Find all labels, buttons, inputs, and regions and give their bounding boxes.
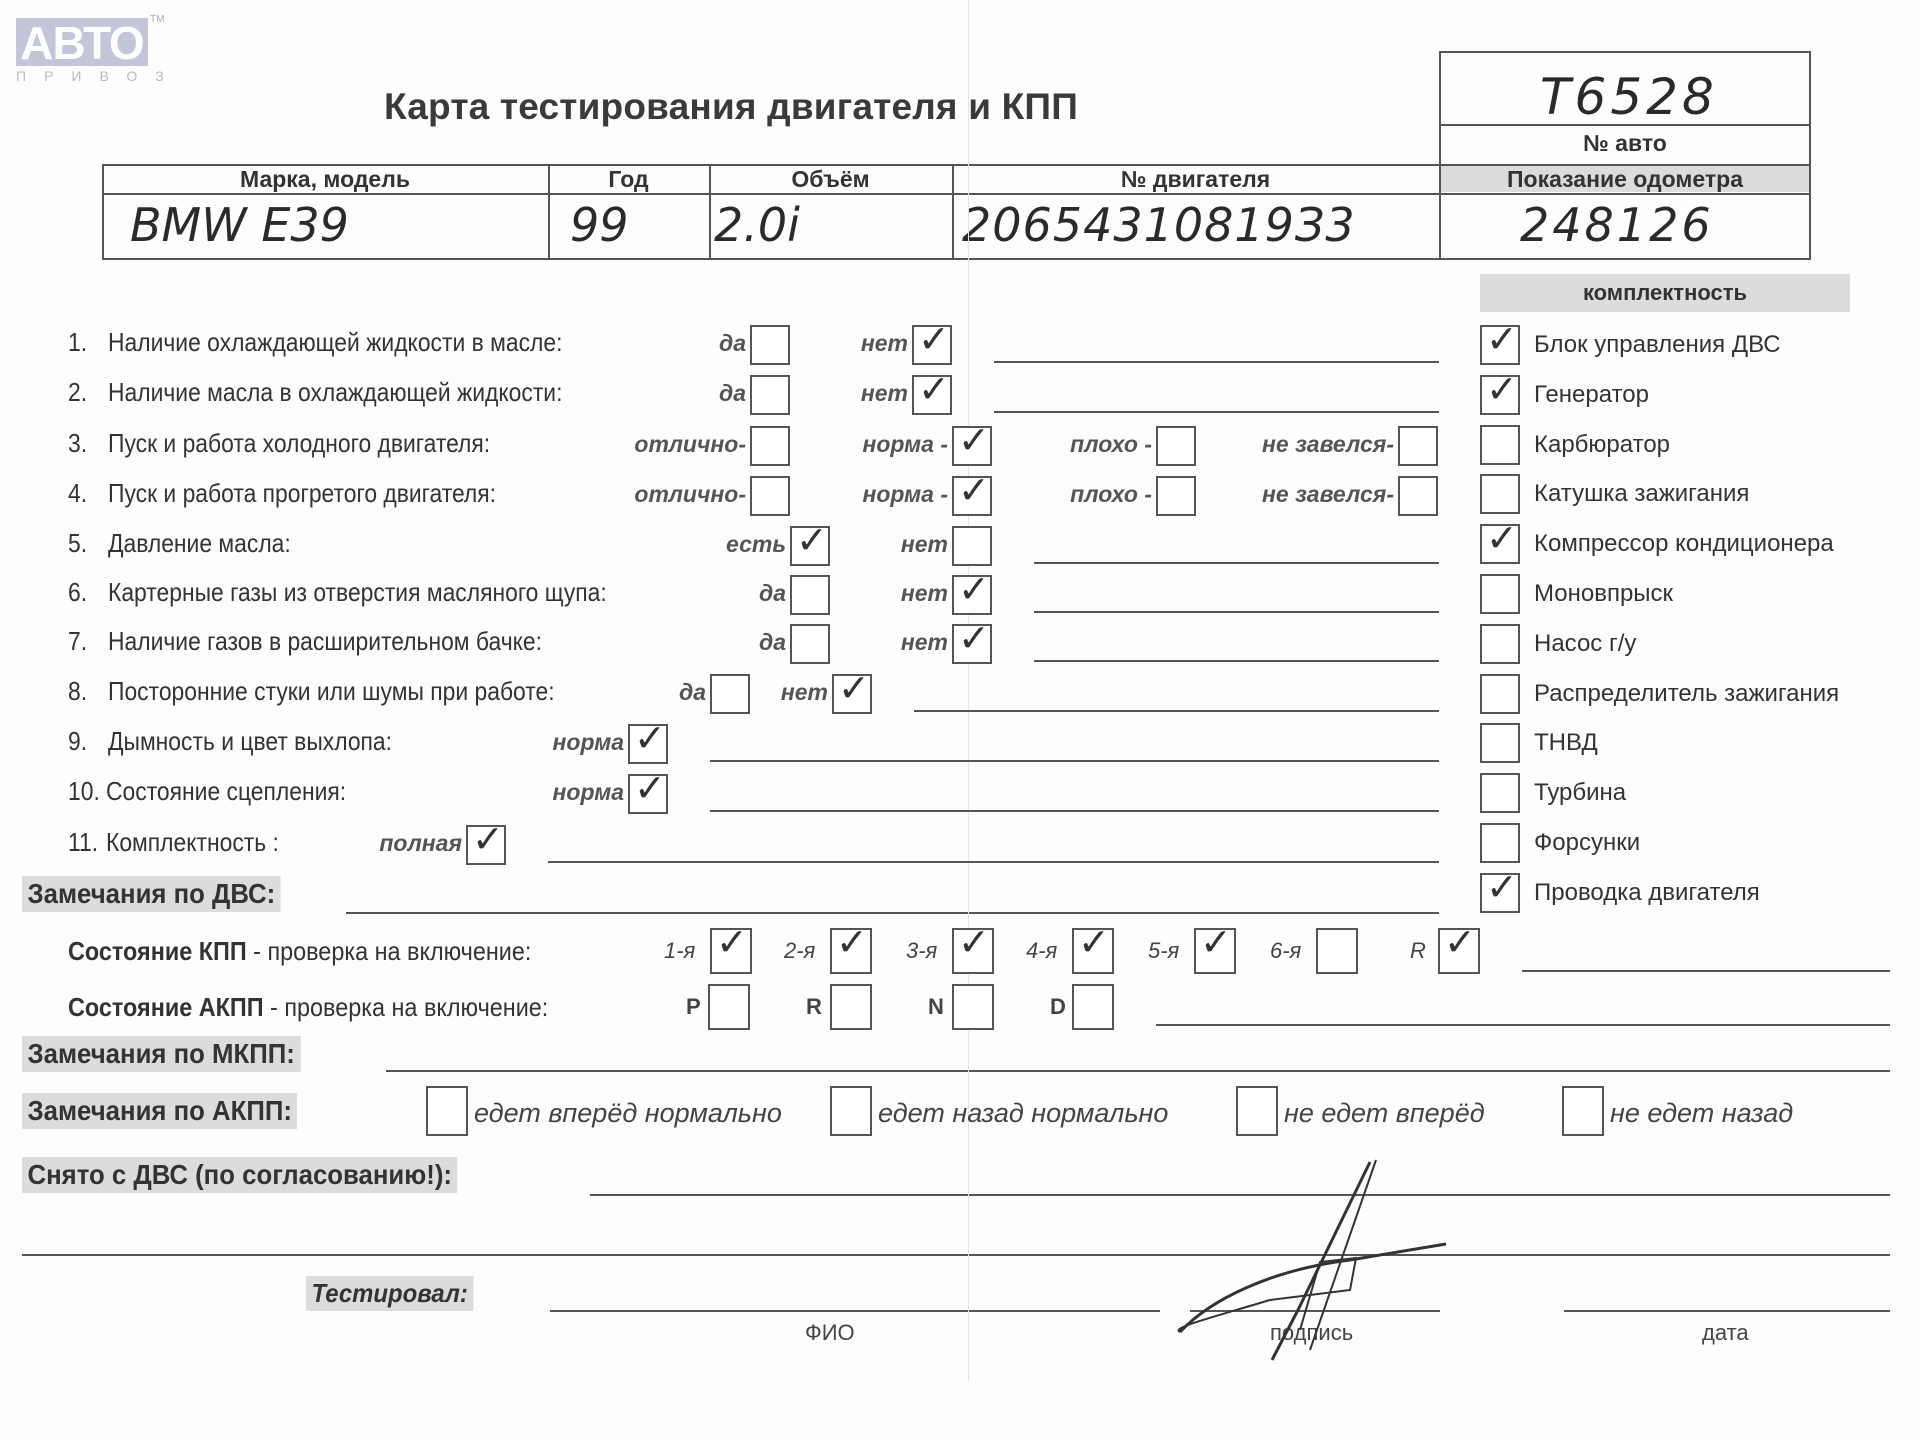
kpp-gear-label: R (1410, 938, 1426, 964)
akpp-remark-checkbox[interactable] (830, 1086, 872, 1136)
akpp-mode-checkbox[interactable] (952, 984, 994, 1030)
check-item-label: Комплектность : (106, 827, 279, 858)
check-item-label: Наличие масла в охлаждающей жидкости: (108, 377, 562, 408)
date-line[interactable] (1564, 1310, 1890, 1312)
akpp-mode-label: N (928, 994, 944, 1020)
check-mark-icon: ✓ (1486, 867, 1518, 907)
tested-by-label: Тестировал: (306, 1276, 473, 1311)
check-item-number: 1. (68, 327, 87, 358)
akpp-remark-checkbox[interactable] (426, 1086, 468, 1136)
akpp-mode-checkbox[interactable] (830, 984, 872, 1030)
column-header-volume: Объём (709, 166, 952, 193)
akpp-remark-label: едет вперёд нормально (474, 1098, 782, 1129)
removed-line-2[interactable] (22, 1254, 1890, 1256)
check-option-label: нет (742, 531, 948, 558)
check-mark-icon: ✓ (958, 922, 990, 962)
check-option-label: отлично- (540, 431, 746, 458)
check-notes-line[interactable] (994, 361, 1439, 363)
check-item-number: 7. (68, 626, 87, 657)
check-notes-line[interactable] (710, 760, 1439, 762)
check-option-label: нет (742, 629, 948, 656)
page-title: Карта тестирования двигателя и КПП (384, 86, 1078, 128)
akpp-remark-label: едет назад нормально (878, 1098, 1168, 1129)
check-item-label: Картерные газы из отверстия масляного щу… (108, 577, 607, 608)
check-mark-icon: ✓ (918, 319, 950, 359)
check-option-label: нет (656, 679, 828, 706)
kpp-gear-label: 6-я (1270, 938, 1301, 964)
fio-caption: ФИО (805, 1320, 855, 1346)
completeness-checkbox[interactable]: ✓ (1480, 325, 1520, 365)
check-item-number: 4. (68, 478, 87, 509)
check-item-label: Давление масла: (108, 528, 291, 559)
kpp-gear-checkbox[interactable]: ✓ (830, 928, 872, 974)
check-option-checkbox[interactable] (1398, 426, 1438, 466)
akpp-remark-checkbox[interactable] (1236, 1086, 1278, 1136)
check-mark-icon: ✓ (958, 569, 990, 609)
check-option-checkbox[interactable]: ✓ (628, 724, 668, 764)
check-mark-icon: ✓ (1486, 518, 1518, 558)
akpp-mode-label: R (806, 994, 822, 1020)
kpp-gear-checkbox[interactable] (1316, 928, 1358, 974)
check-notes-line[interactable] (548, 861, 1439, 863)
check-option-checkbox[interactable] (1398, 476, 1438, 516)
check-mark-icon: ✓ (836, 922, 868, 962)
kpp-gear-checkbox[interactable]: ✓ (952, 928, 994, 974)
check-item-number: 9. (68, 726, 87, 757)
kpp-label-bold: Состояние КПП (68, 936, 247, 966)
check-mark-icon: ✓ (1444, 922, 1476, 962)
check-mark-icon: ✓ (716, 922, 748, 962)
completeness-checkbox[interactable]: ✓ (1480, 524, 1520, 564)
odometer-value[interactable]: 248126 (1520, 198, 1714, 252)
remarks-mkpp-line[interactable] (386, 1070, 1890, 1072)
kpp-notes-line[interactable] (1522, 970, 1890, 972)
completeness-checkbox[interactable] (1480, 574, 1520, 614)
akpp-remark-checkbox[interactable] (1562, 1086, 1604, 1136)
check-option-label: норма - (742, 481, 948, 508)
completeness-item-label: Форсунки (1534, 829, 1640, 857)
akpp-mode-checkbox[interactable] (708, 984, 750, 1030)
check-option-label: норма (420, 779, 624, 806)
check-option-label: отлично- (540, 481, 746, 508)
kpp-gear-label: 5-я (1148, 938, 1179, 964)
check-mark-icon: ✓ (838, 668, 870, 708)
check-mark-icon: ✓ (1078, 922, 1110, 962)
check-mark-icon: ✓ (1486, 319, 1518, 359)
check-mark-icon: ✓ (634, 768, 666, 808)
completeness-item-label: Катушка зажигания (1534, 480, 1749, 508)
kpp-gear-checkbox[interactable]: ✓ (710, 928, 752, 974)
check-item-label: Пуск и работа холодного двигателя: (108, 428, 490, 459)
fio-line[interactable] (550, 1310, 1160, 1312)
divider (1439, 124, 1811, 126)
completeness-checkbox[interactable] (1480, 674, 1520, 714)
check-option-checkbox[interactable]: ✓ (912, 375, 952, 415)
completeness-item-label: Турбина (1534, 779, 1626, 807)
remarks-mkpp-label: Замечания по МКПП: (22, 1036, 300, 1072)
car-number-label: № авто (1439, 130, 1811, 157)
completeness-checkbox[interactable] (1480, 425, 1520, 465)
completeness-item-label: Насос г/у (1534, 630, 1636, 658)
check-item-label: Посторонние стуки или шумы при работе: (108, 676, 555, 707)
check-notes-line[interactable] (994, 411, 1439, 413)
check-item-number: 8. (68, 676, 87, 707)
logo-subtitle: ПРИВОЗ (16, 68, 182, 84)
check-option-label: норма (420, 729, 624, 756)
check-item-label: Состояние сцепления: (106, 776, 346, 807)
kpp-gear-label: 4-я (1026, 938, 1057, 964)
column-header-engine-number: № двигателя (952, 166, 1439, 193)
check-option-label: нет (702, 330, 908, 357)
kpp-label-rest: - проверка на включение: (247, 936, 532, 966)
kpp-gear-checkbox[interactable]: ✓ (1072, 928, 1114, 974)
removed-label: Снято с ДВС (по согласованию!): (22, 1157, 458, 1193)
check-option-checkbox[interactable]: ✓ (952, 575, 992, 615)
akpp-label-bold: Состояние АКПП (68, 992, 264, 1022)
check-option-checkbox[interactable]: ✓ (466, 825, 506, 865)
volume-value[interactable]: 2.0i (714, 198, 800, 252)
check-option-label: плохо - (960, 481, 1152, 508)
make-model-value[interactable]: BMW E39 (130, 198, 349, 252)
column-header-year: Год (548, 166, 709, 193)
completeness-checkbox[interactable] (1480, 624, 1520, 664)
completeness-item-label: ТНВД (1534, 729, 1598, 757)
completeness-item-label: Распределитель зажигания (1534, 680, 1839, 708)
removed-text: Снято с ДВС (по согласованию!): (28, 1159, 452, 1190)
check-option-label: нет (742, 580, 948, 607)
completeness-checkbox[interactable] (1480, 474, 1520, 514)
kpp-gear-label: 3-я (906, 938, 937, 964)
check-mark-icon: ✓ (1486, 369, 1518, 409)
logo: АВТО (16, 18, 148, 66)
check-item-label: Пуск и работа прогретого двигателя: (108, 478, 496, 509)
kpp-gear-label: 2-я (784, 938, 815, 964)
akpp-notes-line[interactable] (1156, 1024, 1890, 1026)
check-item-label: Дымность и цвет выхлопа: (108, 726, 392, 757)
check-option-label: норма - (742, 431, 948, 458)
check-mark-icon: ✓ (634, 718, 666, 758)
check-mark-icon: ✓ (958, 618, 990, 658)
signature-scribble (1150, 1150, 1470, 1370)
akpp-remark-label: не едет вперёд (1284, 1098, 1485, 1129)
akpp-label-rest: - проверка на включение: (264, 992, 549, 1022)
check-option-label: не завелся- (1190, 431, 1394, 458)
completeness-item-label: Блок управления ДВС (1534, 331, 1781, 359)
check-item-number: 10. (68, 776, 100, 807)
check-option-label: плохо - (960, 431, 1152, 458)
column-header-make-model: Марка, модель (102, 166, 548, 193)
column-header-odometer: Показание одометра (1439, 166, 1811, 193)
check-item-number: 11. (68, 827, 98, 858)
check-option-label: полная (258, 830, 462, 857)
check-option-checkbox[interactable]: ✓ (628, 774, 668, 814)
check-option-label: нет (702, 380, 908, 407)
akpp-mode-label: D (1050, 994, 1066, 1020)
logo-trademark: TM (150, 14, 164, 25)
fold-line (968, 0, 969, 1380)
check-option-checkbox[interactable]: ✓ (832, 674, 872, 714)
akpp-mode-checkbox[interactable] (1072, 984, 1114, 1030)
year-value[interactable]: 99 (570, 198, 629, 252)
akpp-remark-label: не едет назад (1610, 1098, 1793, 1129)
check-option-checkbox[interactable] (952, 526, 992, 566)
akpp-mode-label: P (686, 994, 701, 1020)
kpp-label: Состояние КПП - проверка на включение: (68, 936, 531, 967)
date-caption: дата (1702, 1320, 1749, 1346)
check-notes-line[interactable] (1034, 562, 1439, 564)
check-item-label: Наличие охлаждающей жидкости в масле: (108, 327, 562, 358)
akpp-label: Состояние АКПП - проверка на включение: (68, 992, 548, 1023)
completeness-checkbox[interactable] (1480, 823, 1520, 863)
kpp-gear-checkbox[interactable]: ✓ (1194, 928, 1236, 974)
car-number-value[interactable]: T6528 (1540, 68, 1718, 126)
completeness-checkbox[interactable] (1480, 773, 1520, 813)
completeness-checkbox[interactable] (1480, 723, 1520, 763)
remarks-engine-line[interactable] (346, 912, 1439, 914)
engine-number-value[interactable]: 20654310819З3 (962, 198, 1356, 252)
check-notes-line[interactable] (710, 810, 1439, 812)
remarks-engine-label: Замечания по ДВС: (22, 876, 281, 912)
check-mark-icon: ✓ (918, 369, 950, 409)
header-divider (102, 193, 1811, 195)
check-item-number: 6. (68, 577, 87, 608)
check-item-number: 3. (68, 428, 87, 459)
check-notes-line[interactable] (1034, 660, 1439, 662)
completeness-item-label: Моновпрыск (1534, 580, 1673, 608)
check-notes-line[interactable] (914, 710, 1439, 712)
completeness-item-label: Карбюратор (1534, 431, 1670, 459)
check-option-checkbox[interactable]: ✓ (952, 624, 992, 664)
check-notes-line[interactable] (1034, 611, 1439, 613)
completeness-item-label: Компрессор кондиционера (1534, 530, 1834, 558)
check-item-number: 5. (68, 528, 87, 559)
check-mark-icon: ✓ (1200, 922, 1232, 962)
check-option-checkbox[interactable]: ✓ (912, 325, 952, 365)
check-item-label: Наличие газов в расширительном бачке: (108, 626, 542, 657)
check-option-label: не завелся- (1190, 481, 1394, 508)
completeness-checkbox[interactable]: ✓ (1480, 873, 1520, 913)
completeness-item-label: Генератор (1534, 381, 1649, 409)
completeness-header: комплектность (1480, 274, 1850, 312)
check-item-number: 2. (68, 377, 87, 408)
completeness-item-label: Проводка двигателя (1534, 879, 1760, 907)
kpp-gear-checkbox[interactable]: ✓ (1438, 928, 1480, 974)
kpp-gear-label: 1-я (664, 938, 695, 964)
completeness-checkbox[interactable]: ✓ (1480, 375, 1520, 415)
check-mark-icon: ✓ (472, 819, 504, 859)
remarks-akpp-label: Замечания по АКПП: (22, 1093, 297, 1129)
